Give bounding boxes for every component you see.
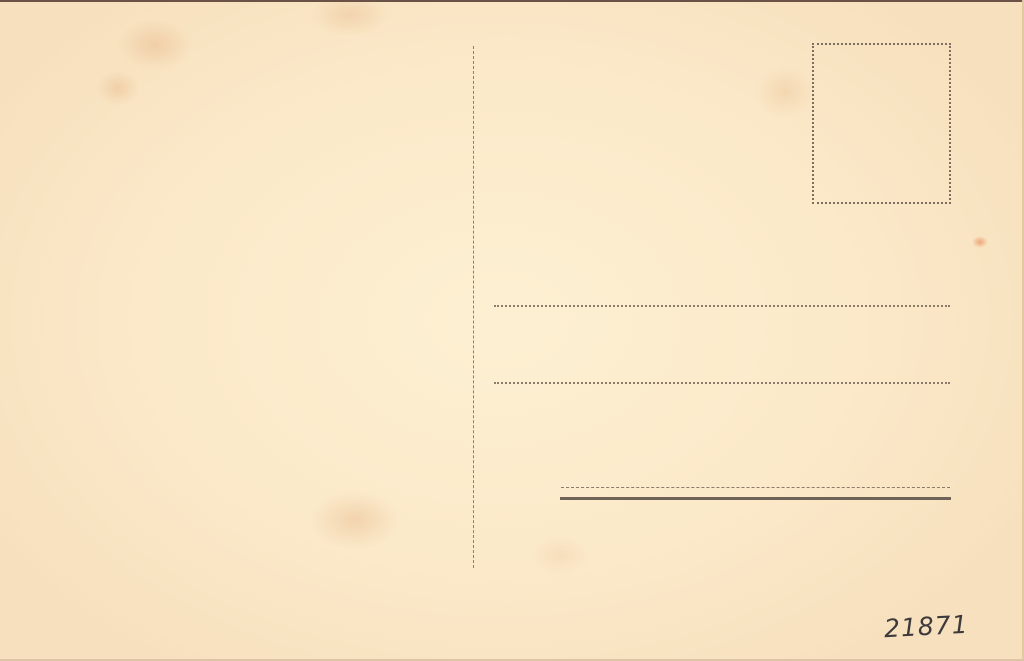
postcard-back: 21871 (0, 0, 1024, 661)
stamp-box (812, 43, 951, 204)
address-line-3 (561, 487, 950, 488)
handwritten-catalog-number: 21871 (883, 610, 969, 643)
message-address-divider (473, 46, 474, 568)
address-line-2 (494, 382, 950, 384)
address-line-4-underline (560, 497, 951, 500)
address-line-1 (494, 305, 950, 307)
